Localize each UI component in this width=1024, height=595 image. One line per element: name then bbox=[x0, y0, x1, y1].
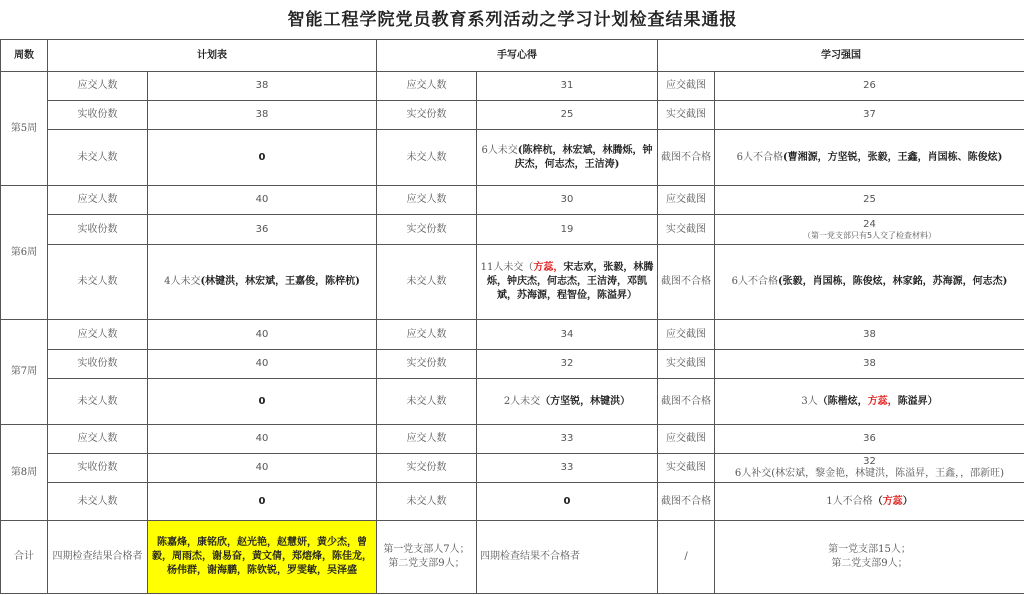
header-week: 周数 bbox=[1, 40, 48, 72]
label-hw-due: 应交人数 bbox=[377, 72, 477, 101]
received-count: 24 bbox=[718, 219, 1021, 230]
week8-row-missing: 未交人数 0 未交人数 0 截图不合格 1人不合格（方蕊） bbox=[1, 483, 1024, 521]
label-plan-missing: 未交人数 bbox=[48, 130, 148, 186]
fail-names: (曹湘源，方坚锐，张毅，王鑫，肖国栋、陈俊炫) bbox=[783, 152, 1002, 163]
hw-due-value: 33 bbox=[477, 425, 658, 454]
missing-count: 11人未交（ bbox=[481, 262, 534, 273]
week-label: 第8周 bbox=[1, 425, 48, 521]
label-xx-due: 应交截图 bbox=[658, 425, 715, 454]
pass-label: 四期检查结果合格者 bbox=[48, 521, 148, 594]
week6-row-received: 实收份数 36 实交份数 19 实交截图 24（第一党支部只有5人交了检查材料） bbox=[1, 215, 1024, 245]
plan-missing-value: 4人未交(林键洪，林宏斌，王嘉俊，陈梓杭) bbox=[148, 245, 377, 320]
xx-due-value: 25 bbox=[715, 186, 1024, 215]
label-xx-fail: 截图不合格 bbox=[658, 130, 715, 186]
xx-fail-value: 6人不合格(曹湘源，方坚锐，张毅，王鑫，肖国栋、陈俊炫) bbox=[715, 130, 1024, 186]
week7-row-missing: 未交人数 0 未交人数 2人未交（方坚锐，林键洪） 截图不合格 3人（陈楷炫，方… bbox=[1, 379, 1024, 425]
label-hw-missing: 未交人数 bbox=[377, 379, 477, 425]
fail-branch-2: 第二党支部9人； bbox=[718, 557, 1021, 571]
label-plan-received: 实收份数 bbox=[48, 350, 148, 379]
label-plan-received: 实收份数 bbox=[48, 215, 148, 245]
label-xx-due: 应交截图 bbox=[658, 320, 715, 350]
label-hw-received: 实交份数 bbox=[377, 215, 477, 245]
plan-missing-value: 0 bbox=[148, 483, 377, 521]
hw-missing-value: 11人未交（方蕊，宋志欢，张毅，林腾烁，钟庆杰，何志杰，王洁涛，邓凯斌，苏海源，… bbox=[477, 245, 658, 320]
week-label: 第6周 bbox=[1, 186, 48, 320]
plan-due-value: 40 bbox=[148, 186, 377, 215]
xx-due-value: 36 bbox=[715, 425, 1024, 454]
plan-due-value: 40 bbox=[148, 425, 377, 454]
xx-due-value: 26 bbox=[715, 72, 1024, 101]
xx-fail-value: 1人不合格（方蕊） bbox=[715, 483, 1024, 521]
week7-row-received: 实收份数 40 实交份数 32 实交截图 38 bbox=[1, 350, 1024, 379]
header-xuexi: 学习强国 bbox=[658, 40, 1024, 72]
fail-count: 1人不合格 bbox=[826, 496, 872, 507]
label-plan-missing: 未交人数 bbox=[48, 379, 148, 425]
report-table: 智能工程学院党员教育系列活动之学习计划检查结果通报 周数 计划表 手写心得 学习… bbox=[0, 0, 1024, 594]
pass-names: 陈嘉烽，康铭欣，赵光艳，赵慧妍，黄少杰，曾毅，周雨杰，谢易奋，黄文倩，郑熔烽，陈… bbox=[148, 521, 377, 594]
header-row: 周数 计划表 手写心得 学习强国 bbox=[1, 40, 1024, 72]
label-xx-received: 实交截图 bbox=[658, 215, 715, 245]
week-label: 第7周 bbox=[1, 320, 48, 425]
page-title: 智能工程学院党员教育系列活动之学习计划检查结果通报 bbox=[1, 0, 1024, 40]
label-xx-due: 应交截图 bbox=[658, 186, 715, 215]
label-plan-due: 应交人数 bbox=[48, 425, 148, 454]
fail-branch-counts: 第一党支部15人；第二党支部9人； bbox=[715, 521, 1024, 594]
fail-names: (张毅，肖国栋，陈俊炫，林家銘，苏海源，何志杰) bbox=[778, 276, 1007, 287]
plan-missing-value: 0 bbox=[148, 130, 377, 186]
label-xx-due: 应交截图 bbox=[658, 72, 715, 101]
week-label: 第5周 bbox=[1, 72, 48, 186]
header-plan: 计划表 bbox=[48, 40, 377, 72]
label-xx-received: 实交截图 bbox=[658, 101, 715, 130]
label-xx-fail: 截图不合格 bbox=[658, 483, 715, 521]
hw-received-value: 33 bbox=[477, 454, 658, 483]
fail-count: 6人不合格 bbox=[732, 276, 778, 287]
hw-received-value: 25 bbox=[477, 101, 658, 130]
label-plan-missing: 未交人数 bbox=[48, 245, 148, 320]
received-note: （第一党支部只有5人交了检查材料） bbox=[718, 230, 1021, 241]
week8-row-due: 第8周 应交人数 40 应交人数 33 应交截图 36 bbox=[1, 425, 1024, 454]
plan-received-value: 36 bbox=[148, 215, 377, 245]
label-hw-due: 应交人数 bbox=[377, 425, 477, 454]
header-handwritten: 手写心得 bbox=[377, 40, 658, 72]
label-hw-missing: 未交人数 bbox=[377, 130, 477, 186]
label-xx-fail: 截图不合格 bbox=[658, 245, 715, 320]
plan-received-value: 40 bbox=[148, 350, 377, 379]
xx-received-value: 326人补交(林宏斌，黎金艳，林键洪，陈溢昇，王鑫，，邵新旺) bbox=[715, 454, 1024, 483]
xx-received-value: 24（第一党支部只有5人交了检查材料） bbox=[715, 215, 1024, 245]
xx-fail-value: 6人不合格(张毅，肖国栋，陈俊炫，林家銘，苏海源，何志杰) bbox=[715, 245, 1024, 320]
missing-count: 4人未交 bbox=[164, 276, 200, 287]
fail-names: （ bbox=[873, 496, 883, 507]
fail-name-highlight: 方蕊， bbox=[868, 396, 898, 407]
hw-received-value: 32 bbox=[477, 350, 658, 379]
xx-received-value: 37 bbox=[715, 101, 1024, 130]
hw-missing-value: 6人未交(陈梓杭，林宏斌，林腾烁，钟庆杰，何志杰，王洁涛) bbox=[477, 130, 658, 186]
label-hw-received: 实交份数 bbox=[377, 350, 477, 379]
missing-count: 6人未交 bbox=[481, 145, 517, 156]
fail-branch-1: 第一党支部15人； bbox=[718, 543, 1021, 557]
label-hw-received: 实交份数 bbox=[377, 101, 477, 130]
hw-received-value: 19 bbox=[477, 215, 658, 245]
hw-missing-value: 0 bbox=[477, 483, 658, 521]
week5-row-missing: 未交人数 0 未交人数 6人未交(陈梓杭，林宏斌，林腾烁，钟庆杰，何志杰，王洁涛… bbox=[1, 130, 1024, 186]
received-count: 32 bbox=[718, 456, 1021, 468]
missing-names: (林键洪，林宏斌，王嘉俊，陈梓杭) bbox=[200, 276, 359, 287]
fail-label: 四期检查结果不合格者 bbox=[477, 521, 658, 594]
hw-due-value: 30 bbox=[477, 186, 658, 215]
hw-missing-value: 2人未交（方坚锐，林键洪） bbox=[477, 379, 658, 425]
label-hw-received: 实交份数 bbox=[377, 454, 477, 483]
fail-names-rest: 陈溢昇） bbox=[898, 396, 938, 407]
week6-row-missing: 未交人数 4人未交(林键洪，林宏斌，王嘉俊，陈梓杭) 未交人数 11人未交（方蕊… bbox=[1, 245, 1024, 320]
label-hw-missing: 未交人数 bbox=[377, 245, 477, 320]
plan-due-value: 38 bbox=[148, 72, 377, 101]
missing-names: （方坚锐，林键洪） bbox=[540, 396, 630, 407]
missing-count: 2人未交 bbox=[504, 396, 540, 407]
pass-branch-counts: 第一党支部人7人；第二党支部9人； bbox=[377, 521, 477, 594]
missing-names: (陈梓杭，林宏斌，林腾烁，钟庆杰，何志杰，王洁涛) bbox=[515, 145, 653, 170]
plan-due-value: 40 bbox=[148, 320, 377, 350]
label-xx-received: 实交截图 bbox=[658, 454, 715, 483]
missing-name-highlight: 方蕊， bbox=[533, 262, 563, 273]
xx-due-value: 38 bbox=[715, 320, 1024, 350]
plan-received-value: 38 bbox=[148, 101, 377, 130]
label-xx-fail: 截图不合格 bbox=[658, 379, 715, 425]
label-plan-due: 应交人数 bbox=[48, 320, 148, 350]
total-label: 合计 bbox=[1, 521, 48, 594]
fail-name-highlight: 方蕊 bbox=[883, 496, 903, 507]
fail-count: 6人不合格 bbox=[737, 152, 783, 163]
label-plan-received: 实收份数 bbox=[48, 101, 148, 130]
plan-missing-value: 0 bbox=[148, 379, 377, 425]
label-hw-due: 应交人数 bbox=[377, 186, 477, 215]
fail-names-rest: ） bbox=[903, 496, 913, 507]
label-plan-missing: 未交人数 bbox=[48, 483, 148, 521]
week6-row-due: 第6周 应交人数 40 应交人数 30 应交截图 25 bbox=[1, 186, 1024, 215]
fail-names: （陈楷炫， bbox=[818, 396, 868, 407]
received-note: 6人补交(林宏斌，黎金艳，林键洪，陈溢昇，王鑫，，邵新旺) bbox=[718, 468, 1021, 480]
label-plan-due: 应交人数 bbox=[48, 72, 148, 101]
fail-slash: / bbox=[658, 521, 715, 594]
label-xx-received: 实交截图 bbox=[658, 350, 715, 379]
plan-received-value: 40 bbox=[148, 454, 377, 483]
label-plan-due: 应交人数 bbox=[48, 186, 148, 215]
week8-row-received: 实收份数 40 实交份数 33 实交截图 326人补交(林宏斌，黎金艳，林键洪，… bbox=[1, 454, 1024, 483]
week5-row-received: 实收份数 38 实交份数 25 实交截图 37 bbox=[1, 101, 1024, 130]
week7-row-due: 第7周 应交人数 40 应交人数 34 应交截图 38 bbox=[1, 320, 1024, 350]
xx-fail-value: 3人（陈楷炫，方蕊，陈溢昇） bbox=[715, 379, 1024, 425]
pass-branch-1: 第一党支部人7人； bbox=[380, 543, 473, 557]
xx-received-value: 38 bbox=[715, 350, 1024, 379]
hw-due-value: 31 bbox=[477, 72, 658, 101]
pass-branch-2: 第二党支部9人； bbox=[380, 557, 473, 571]
label-hw-due: 应交人数 bbox=[377, 320, 477, 350]
fail-count: 3人 bbox=[801, 396, 817, 407]
week5-row-due: 第5周 应交人数 38 应交人数 31 应交截图 26 bbox=[1, 72, 1024, 101]
label-hw-missing: 未交人数 bbox=[377, 483, 477, 521]
hw-due-value: 34 bbox=[477, 320, 658, 350]
label-plan-received: 实收份数 bbox=[48, 454, 148, 483]
total-row: 合计 四期检查结果合格者 陈嘉烽，康铭欣，赵光艳，赵慧妍，黄少杰，曾毅，周雨杰，… bbox=[1, 521, 1024, 594]
